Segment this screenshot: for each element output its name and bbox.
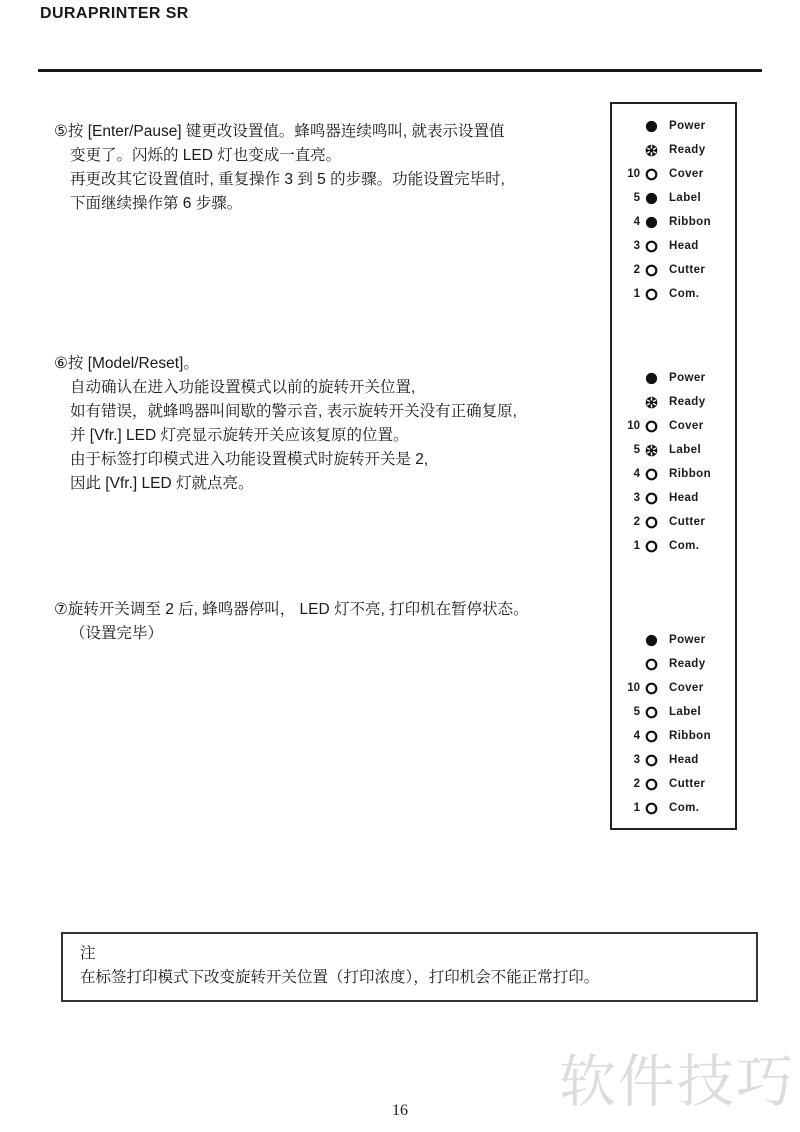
led-off-icon bbox=[645, 288, 658, 301]
led-row: 2Cutter bbox=[612, 258, 735, 282]
led-label: Power bbox=[669, 120, 706, 132]
led-off-icon bbox=[645, 778, 658, 791]
led-panel-state-1: PowerReady10Cover5Label4Ribbon3Head2Cutt… bbox=[612, 114, 735, 306]
led-row: 10Cover bbox=[612, 162, 735, 186]
led-label: Head bbox=[669, 240, 699, 252]
led-label: Head bbox=[669, 492, 699, 504]
led-off-icon bbox=[645, 240, 658, 253]
led-switch-number: 5 bbox=[620, 444, 640, 456]
led-label: Com. bbox=[669, 288, 699, 300]
led-off-icon bbox=[645, 540, 658, 553]
led-label: Cutter bbox=[669, 264, 705, 276]
led-label: Ready bbox=[669, 658, 706, 670]
led-label: Cutter bbox=[669, 516, 705, 528]
led-on-icon bbox=[645, 120, 658, 133]
led-panel-box: PowerReady10Cover5Label4Ribbon3Head2Cutt… bbox=[610, 102, 737, 830]
led-off-icon bbox=[645, 706, 658, 719]
step-7-text-block: ⑦旋转开关调至 2 后, 蜂鸣器停叫， LED 灯不亮, 打印机在暂停状态。（设… bbox=[54, 598, 630, 646]
led-off-icon bbox=[645, 420, 658, 433]
led-row: 1Com. bbox=[612, 282, 735, 306]
led-on-icon bbox=[645, 192, 658, 205]
led-label: Label bbox=[669, 706, 701, 718]
led-row: 2Cutter bbox=[612, 510, 735, 534]
led-panel-state-2: PowerReady10Cover5Label4Ribbon3Head2Cutt… bbox=[612, 366, 735, 558]
led-label: Power bbox=[669, 372, 706, 384]
led-row: 3Head bbox=[612, 748, 735, 772]
led-switch-number: 3 bbox=[620, 492, 640, 504]
led-switch-number: 1 bbox=[620, 288, 640, 300]
led-off-icon bbox=[645, 682, 658, 695]
step-text-line: 再更改其它设置值时, 重复操作 3 到 5 的步骤。功能设置完毕时, bbox=[70, 168, 630, 192]
led-off-icon bbox=[645, 264, 658, 277]
led-on-icon bbox=[645, 634, 658, 647]
led-off-icon bbox=[645, 468, 658, 481]
header-divider bbox=[38, 69, 762, 72]
page-number: 16 bbox=[0, 1102, 800, 1120]
led-label: Head bbox=[669, 754, 699, 766]
led-label: Ribbon bbox=[669, 216, 711, 228]
led-row: 3Head bbox=[612, 234, 735, 258]
led-switch-number: 2 bbox=[620, 516, 640, 528]
led-label: Com. bbox=[669, 540, 699, 552]
led-row: 1Com. bbox=[612, 796, 735, 820]
led-row: 3Head bbox=[612, 486, 735, 510]
led-on-icon bbox=[645, 372, 658, 385]
led-label: Cover bbox=[669, 420, 704, 432]
led-switch-number: 3 bbox=[620, 754, 640, 766]
led-row: 1Com. bbox=[612, 534, 735, 558]
led-blink-icon bbox=[645, 396, 658, 409]
led-off-icon bbox=[645, 754, 658, 767]
led-switch-number: 1 bbox=[620, 540, 640, 552]
led-switch-number: 2 bbox=[620, 778, 640, 790]
step-text-line: ⑥按 [Model/Reset]。 bbox=[70, 352, 630, 376]
manual-page: DURAPRINTER SR ⑤按 [Enter/Pause] 键更改设置值。蜂… bbox=[0, 0, 800, 1132]
led-label: Cutter bbox=[669, 778, 705, 790]
step-text-line: ⑤按 [Enter/Pause] 键更改设置值。蜂鸣器连续鸣叫, 就表示设置值 bbox=[70, 120, 630, 144]
led-blink-icon bbox=[645, 144, 658, 157]
led-row: Power bbox=[612, 366, 735, 390]
step-5-text-block: ⑤按 [Enter/Pause] 键更改设置值。蜂鸣器连续鸣叫, 就表示设置值变… bbox=[54, 120, 630, 216]
led-row: 4Ribbon bbox=[612, 210, 735, 234]
led-switch-number: 10 bbox=[620, 168, 640, 180]
led-off-icon bbox=[645, 658, 658, 671]
note-box: 注 在标签打印模式下改变旋转开关位置（打印浓度），打印机会不能正常打印。 bbox=[61, 932, 758, 1002]
led-label: Label bbox=[669, 192, 701, 204]
led-row: 10Cover bbox=[612, 676, 735, 700]
led-row: 5Label bbox=[612, 700, 735, 724]
led-label: Ribbon bbox=[669, 468, 711, 480]
led-switch-number: 1 bbox=[620, 802, 640, 814]
led-off-icon bbox=[645, 516, 658, 529]
step-text-line: （设置完毕） bbox=[70, 622, 630, 646]
led-row: Ready bbox=[612, 652, 735, 676]
step-text-line: ⑦旋转开关调至 2 后, 蜂鸣器停叫， LED 灯不亮, 打印机在暂停状态。 bbox=[70, 598, 630, 622]
step-text-line: 下面继续操作第 6 步骤。 bbox=[70, 192, 630, 216]
led-off-icon bbox=[645, 492, 658, 505]
led-switch-number: 5 bbox=[620, 706, 640, 718]
led-label: Power bbox=[669, 634, 706, 646]
step-text-line: 并 [Vfr.] LED 灯亮显示旋转开关应该复原的位置。 bbox=[70, 424, 630, 448]
led-label: Com. bbox=[669, 802, 699, 814]
led-switch-number: 3 bbox=[620, 240, 640, 252]
led-row: Ready bbox=[612, 138, 735, 162]
led-off-icon bbox=[645, 730, 658, 743]
led-off-icon bbox=[645, 802, 658, 815]
led-row: 2Cutter bbox=[612, 772, 735, 796]
step-text-line: 由于标签打印模式进入功能设置模式时旋转开关是 2, bbox=[70, 448, 630, 472]
led-row: 5Label bbox=[612, 186, 735, 210]
led-label: Cover bbox=[669, 168, 704, 180]
step-6-text-block: ⑥按 [Model/Reset]。自动确认在进入功能设置模式以前的旋转开关位置,… bbox=[54, 352, 630, 496]
led-row: Power bbox=[612, 114, 735, 138]
note-title: 注 bbox=[80, 942, 740, 966]
led-switch-number: 5 bbox=[620, 192, 640, 204]
led-off-icon bbox=[645, 168, 658, 181]
step-text-line: 自动确认在进入功能设置模式以前的旋转开关位置, bbox=[70, 376, 630, 400]
led-label: Label bbox=[669, 444, 701, 456]
led-row: 4Ribbon bbox=[612, 462, 735, 486]
led-switch-number: 10 bbox=[620, 420, 640, 432]
led-switch-number: 2 bbox=[620, 264, 640, 276]
led-switch-number: 4 bbox=[620, 216, 640, 228]
led-switch-number: 4 bbox=[620, 730, 640, 742]
led-panel-state-3: PowerReady10Cover5Label4Ribbon3Head2Cutt… bbox=[612, 628, 735, 820]
led-row: 5Label bbox=[612, 438, 735, 462]
led-row: Power bbox=[612, 628, 735, 652]
note-body: 在标签打印模式下改变旋转开关位置（打印浓度），打印机会不能正常打印。 bbox=[80, 966, 740, 990]
led-switch-number: 10 bbox=[620, 682, 640, 694]
led-row: Ready bbox=[612, 390, 735, 414]
page-title: DURAPRINTER SR bbox=[40, 5, 189, 23]
step-text-line: 因此 [Vfr.] LED 灯就点亮。 bbox=[70, 472, 630, 496]
led-row: 10Cover bbox=[612, 414, 735, 438]
led-label: Ribbon bbox=[669, 730, 711, 742]
step-text-line: 变更了。闪烁的 LED 灯也变成一直亮。 bbox=[70, 144, 630, 168]
led-on-icon bbox=[645, 216, 658, 229]
led-switch-number: 4 bbox=[620, 468, 640, 480]
led-label: Cover bbox=[669, 682, 704, 694]
led-label: Ready bbox=[669, 144, 706, 156]
led-blink-icon bbox=[645, 444, 658, 457]
led-row: 4Ribbon bbox=[612, 724, 735, 748]
step-text-line: 如有错误，就蜂鸣器叫间歇的警示音, 表示旋转开关没有正确复原, bbox=[70, 400, 630, 424]
led-label: Ready bbox=[669, 396, 706, 408]
